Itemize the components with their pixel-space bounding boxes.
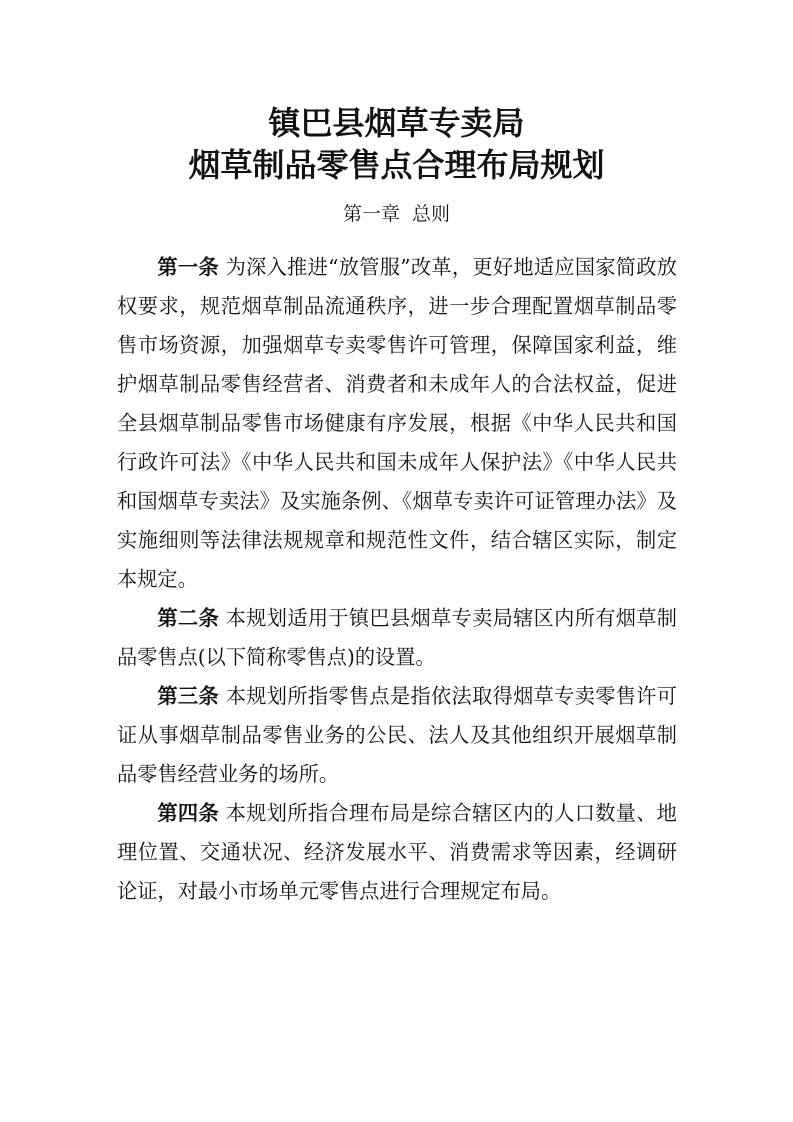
article-1: 第一条 为深入推进“放管服”改革，更好地适应国家简政放权要求，规范烟草制品流通秩…	[117, 248, 677, 599]
document-page: 镇巴县烟草专卖局 烟草制品零售点合理布局规划 第一章 总则 第一条 为深入推进“…	[0, 0, 793, 1122]
chapter-heading: 第一章 总则	[0, 199, 793, 226]
article-2: 第二条 本规划适用于镇巴县烟草专卖局辖区内所有烟草制品零售点(以下简称零售点)的…	[117, 599, 677, 677]
article-label: 第四条	[157, 801, 219, 825]
article-text: 为深入推进“放管服”改革，更好地适应国家简政放权要求，规范烟草制品流通秩序，进一…	[117, 255, 677, 591]
article-label: 第二条	[157, 606, 219, 630]
document-title-line-2: 烟草制品零售点合理布局规划	[0, 140, 793, 186]
document-title-line-1: 镇巴县烟草专卖局	[0, 98, 793, 144]
article-label: 第三条	[157, 684, 219, 708]
article-label: 第一条	[157, 255, 219, 279]
document-body: 第一条 为深入推进“放管服”改革，更好地适应国家简政放权要求，规范烟草制品流通秩…	[117, 248, 677, 911]
article-3: 第三条 本规划所指零售点是指依法取得烟草专卖零售许可证从事烟草制品零售业务的公民…	[117, 677, 677, 794]
article-4: 第四条 本规划所指合理布局是综合辖区内的人口数量、地理位置、交通状况、经济发展水…	[117, 794, 677, 911]
